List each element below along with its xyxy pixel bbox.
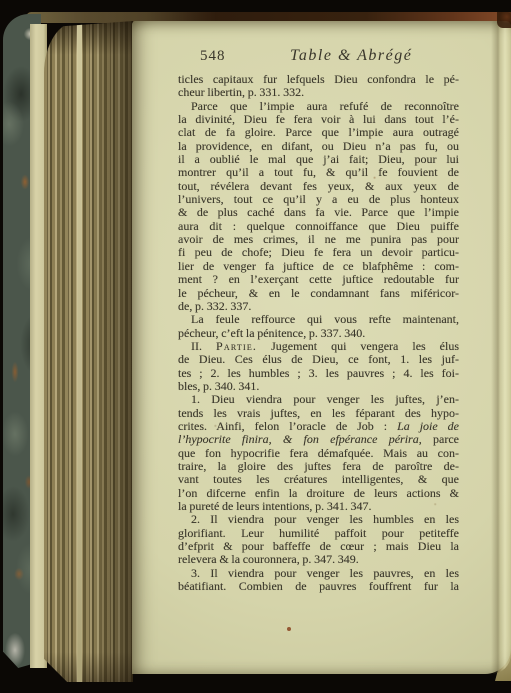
text-line: bles, p. 340. 341. xyxy=(178,380,459,393)
text-line: clat de fa gloire. Parce que l’impie aur… xyxy=(178,126,459,139)
binding-corner-fragment xyxy=(497,12,511,28)
text-line: tends les vrais juftes, en les féparant … xyxy=(178,407,459,420)
text-line: d’efprit & pour baffeffe de cœur ; mais … xyxy=(178,540,459,553)
running-title: Table & Abrégé xyxy=(290,47,412,65)
protruding-leaf-highlight xyxy=(77,21,82,682)
text-line: II. Partie. Jugement qui vengera les élu… xyxy=(178,340,459,353)
page-stack-fore-edge xyxy=(44,21,133,682)
text-line: 1. Dieu viendra pour venger les juftes, … xyxy=(178,393,459,406)
text-line: crites. Ainfi, felon l’oracle de Job : L… xyxy=(178,420,459,433)
text-line: ment ? en l’exerçant cette juftice redou… xyxy=(178,273,459,286)
text-line: montrer qu’il a tout fu, & qu’il fe fouv… xyxy=(178,166,459,179)
text-line: que fon hypocrifie fera démafquée. Mais … xyxy=(178,447,459,460)
text-line: l’univers, tout ce qu’il y a eu de plus … xyxy=(178,193,459,206)
text-line: Parce que l’impie aura refufé de reconno… xyxy=(178,100,459,113)
text-line: l’on difcerne enfin la droiture de leurs… xyxy=(178,487,459,500)
ink-spot xyxy=(287,627,291,631)
text-line: 3. Il viendra pour venger les pauvres, e… xyxy=(178,567,459,580)
text-line: de Dieu. Ces élus de Dieu, ce font, 1. l… xyxy=(178,353,459,366)
text-line: relevera & la couronnera, p. 347. 349. xyxy=(178,553,459,566)
body-text: ticles capitaux fur lefquels Dieu confon… xyxy=(178,73,459,593)
text-line: l’hypocrite finira, & fon efpérance péri… xyxy=(178,433,459,446)
page-header: 548 Table & Abrégé xyxy=(178,48,459,68)
text-line: glorifiant. Leur humilité paffoit pour p… xyxy=(178,527,459,540)
text-line: tes ; 2. les humbles ; 3. les pauvres ; … xyxy=(178,367,459,380)
text-line: cheur libertin, p. 331. 332. xyxy=(178,86,459,99)
text-line: vant toutes les créatures intelligentes,… xyxy=(178,473,459,486)
text-line: la divinité, Dieu fe fera voir à lui dan… xyxy=(178,113,459,126)
text-line: tout, révélera devant fes yeux, & aux ye… xyxy=(178,180,459,193)
text-line: avoir de mes crimes, il ne me punira pas… xyxy=(178,233,459,246)
text-line: fi peu de chofe; Dieu fe fera un devoir … xyxy=(178,246,459,259)
text-line: aura dit : quelque connoiffance que Dieu… xyxy=(178,220,459,233)
text-line: il a oublié le mal que j’ai fait; Dieu, … xyxy=(178,153,459,166)
text-line: de, p. 332. 337. xyxy=(178,300,459,313)
text-line: La feule reffource qui vous refte mainte… xyxy=(178,313,459,326)
book-scan: 548 Table & Abrégé ticles capitaux fur l… xyxy=(0,0,511,693)
text-line: la providence, en difant, ou Dieu n’a pa… xyxy=(178,140,459,153)
text-line: 2. Il viendra pour venger les humbles en… xyxy=(178,513,459,526)
book-page: 548 Table & Abrégé ticles capitaux fur l… xyxy=(132,21,511,674)
page-number: 548 xyxy=(200,48,226,65)
text-line: traire, la gloire des juftes fera de par… xyxy=(178,460,459,473)
text-line: lier de venger fa juftice de ce blafphêm… xyxy=(178,260,459,273)
text-line: pécheur, c’eft la pénitence, p. 337. 340… xyxy=(178,327,459,340)
text-line: le pécheur, & en le condamnant fans mifé… xyxy=(178,287,459,300)
page-right-crease xyxy=(491,21,511,674)
text-line: ticles capitaux fur lefquels Dieu confon… xyxy=(178,73,459,86)
text-line: la pureté de leurs intentions, p. 341. 3… xyxy=(178,500,459,513)
text-line: & de plus caché dans fa vie. Parce que l… xyxy=(178,206,459,219)
text-line: béatifiant. Combien de pauvres fouffrent… xyxy=(178,580,459,593)
